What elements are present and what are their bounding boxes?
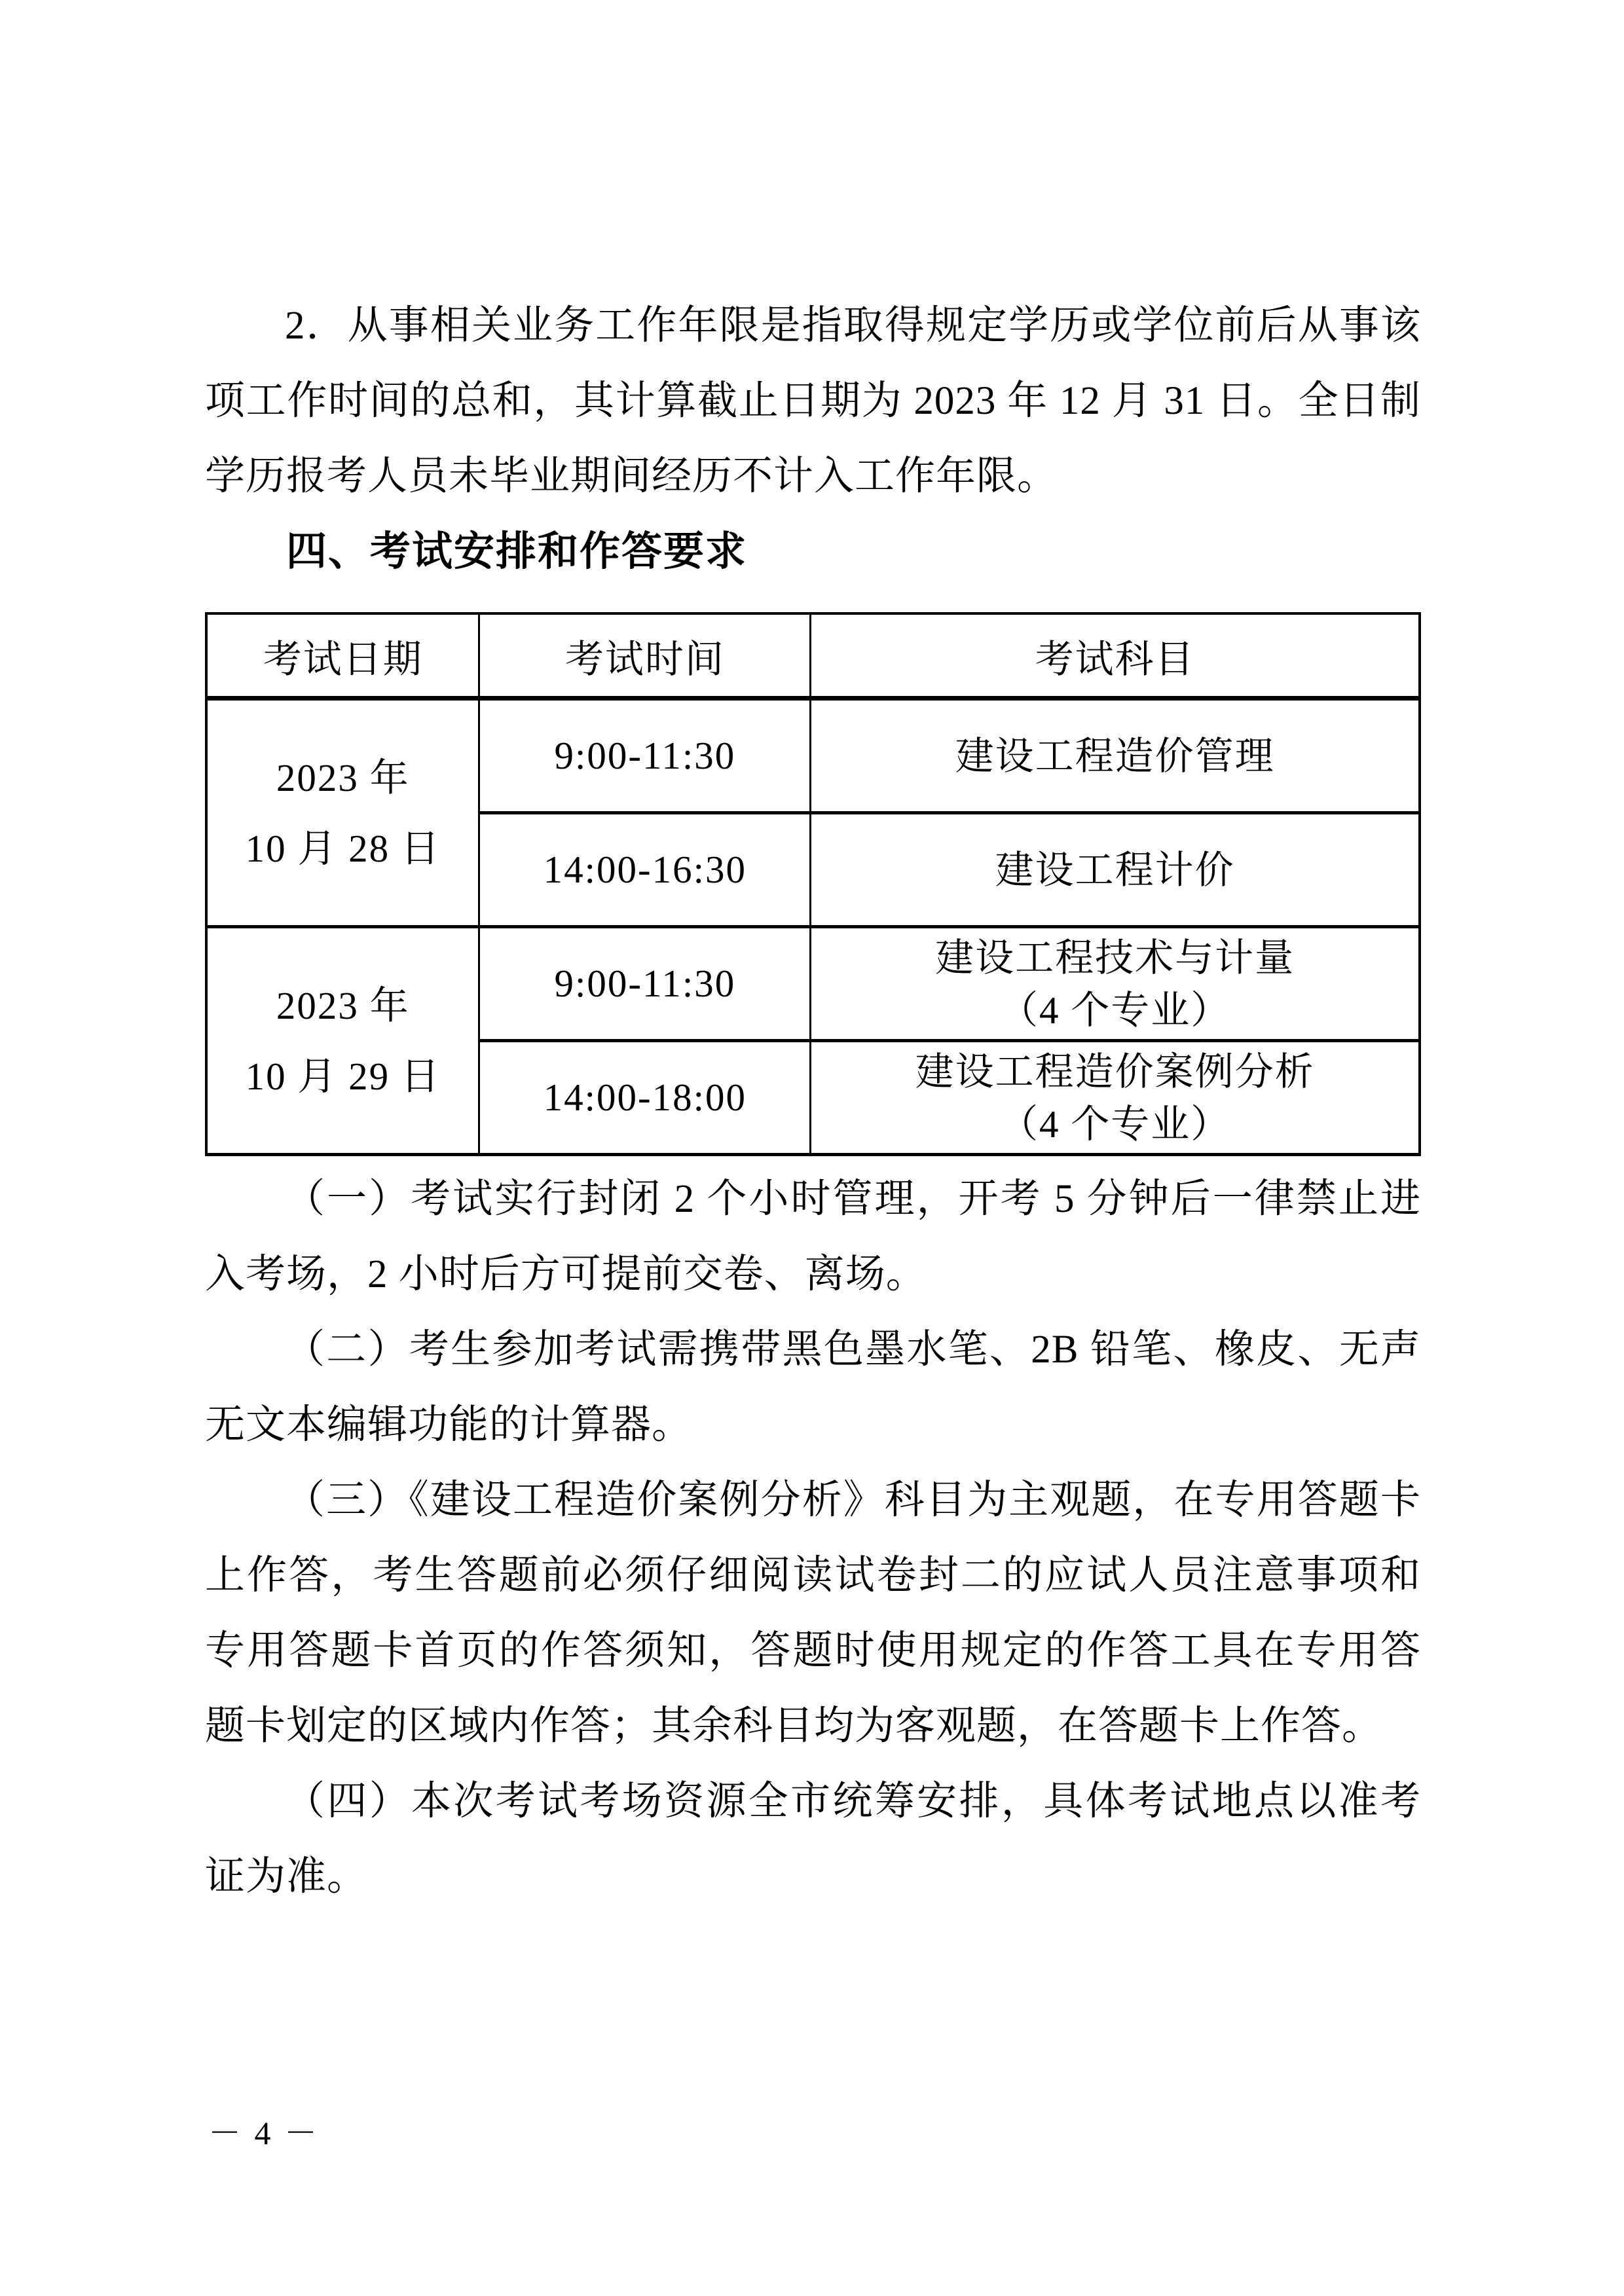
column-header-exam-time: 考试时间 [479,613,811,699]
exam-subject-line: （4 个专业） [811,984,1418,1036]
column-header-exam-date: 考试日期 [206,613,479,699]
exam-subject-line: （4 个专业） [811,1098,1418,1150]
column-header-exam-subject: 考试科目 [811,613,1420,699]
exam-time-cell: 9:00-11:30 [479,699,811,813]
section-heading-exam-arrangement: 四、考试安排和作答要求 [205,514,1421,589]
exam-subject-line: 建设工程造价案例分析 [811,1046,1418,1098]
exam-time-cell: 14:00-18:00 [479,1041,811,1155]
table-row: 2023 年 10 月 28 日 9:00-11:30 建设工程造价管理 [206,699,1420,813]
exam-subject-cell: 建设工程造价管理 [811,699,1420,813]
paragraph-rule-two: （二）考生参加考试需携带黑色墨水笔、2B 铅笔、橡皮、无声无文本编辑功能的计算器… [205,1312,1421,1463]
exam-date-line: 2023 年 [208,742,478,813]
paragraph-rule-three: （三）《建设工程造价案例分析》科目为主观题，在专用答题卡上作答，考生答题前必须仔… [205,1463,1421,1764]
exam-subject-cell: 建设工程技术与计量 （4 个专业） [811,927,1420,1041]
exam-subject-cell: 建设工程计价 [811,813,1420,927]
paragraph-rule-one: （一）考试实行封闭 2 个小时管理，开考 5 分钟后一律禁止进入考场，2 小时后… [205,1161,1421,1312]
table-row: 2023 年 10 月 29 日 9:00-11:30 建设工程技术与计量 （4… [206,927,1420,1041]
exam-date-cell-oct29: 2023 年 10 月 29 日 [206,927,479,1155]
exam-date-line: 10 月 29 日 [208,1041,478,1112]
page-number: － 4 － [208,2113,320,2153]
exam-date-cell-oct28: 2023 年 10 月 28 日 [206,699,479,927]
exam-time-cell: 9:00-11:30 [479,927,811,1041]
exam-subject-cell: 建设工程造价案例分析 （4 个专业） [811,1041,1420,1155]
exam-date-line: 2023 年 [208,970,478,1041]
text-column: 2．从事相关业务工作年限是指取得规定学历或学位前后从事该项工作时间的总和，其计算… [205,288,1421,1914]
document-page: 2．从事相关业务工作年限是指取得规定学历或学位前后从事该项工作时间的总和，其计算… [0,0,1624,2296]
exam-subject-line: 建设工程计价 [811,844,1418,896]
paragraph-rule-four: （四）本次考试考场资源全市统筹安排，具体考试地点以准考证为准。 [205,1764,1421,1914]
paragraph-work-years: 2．从事相关业务工作年限是指取得规定学历或学位前后从事该项工作时间的总和，其计算… [205,288,1421,514]
exam-date-line: 10 月 28 日 [208,813,478,884]
exam-subject-line: 建设工程技术与计量 [811,932,1418,984]
exam-subject-line: 建设工程造价管理 [811,730,1418,782]
exam-time-cell: 14:00-16:30 [479,813,811,927]
table-header-row: 考试日期 考试时间 考试科目 [206,613,1420,699]
exam-schedule-table: 考试日期 考试时间 考试科目 2023 年 10 月 28 日 9:00-11:… [205,612,1421,1156]
